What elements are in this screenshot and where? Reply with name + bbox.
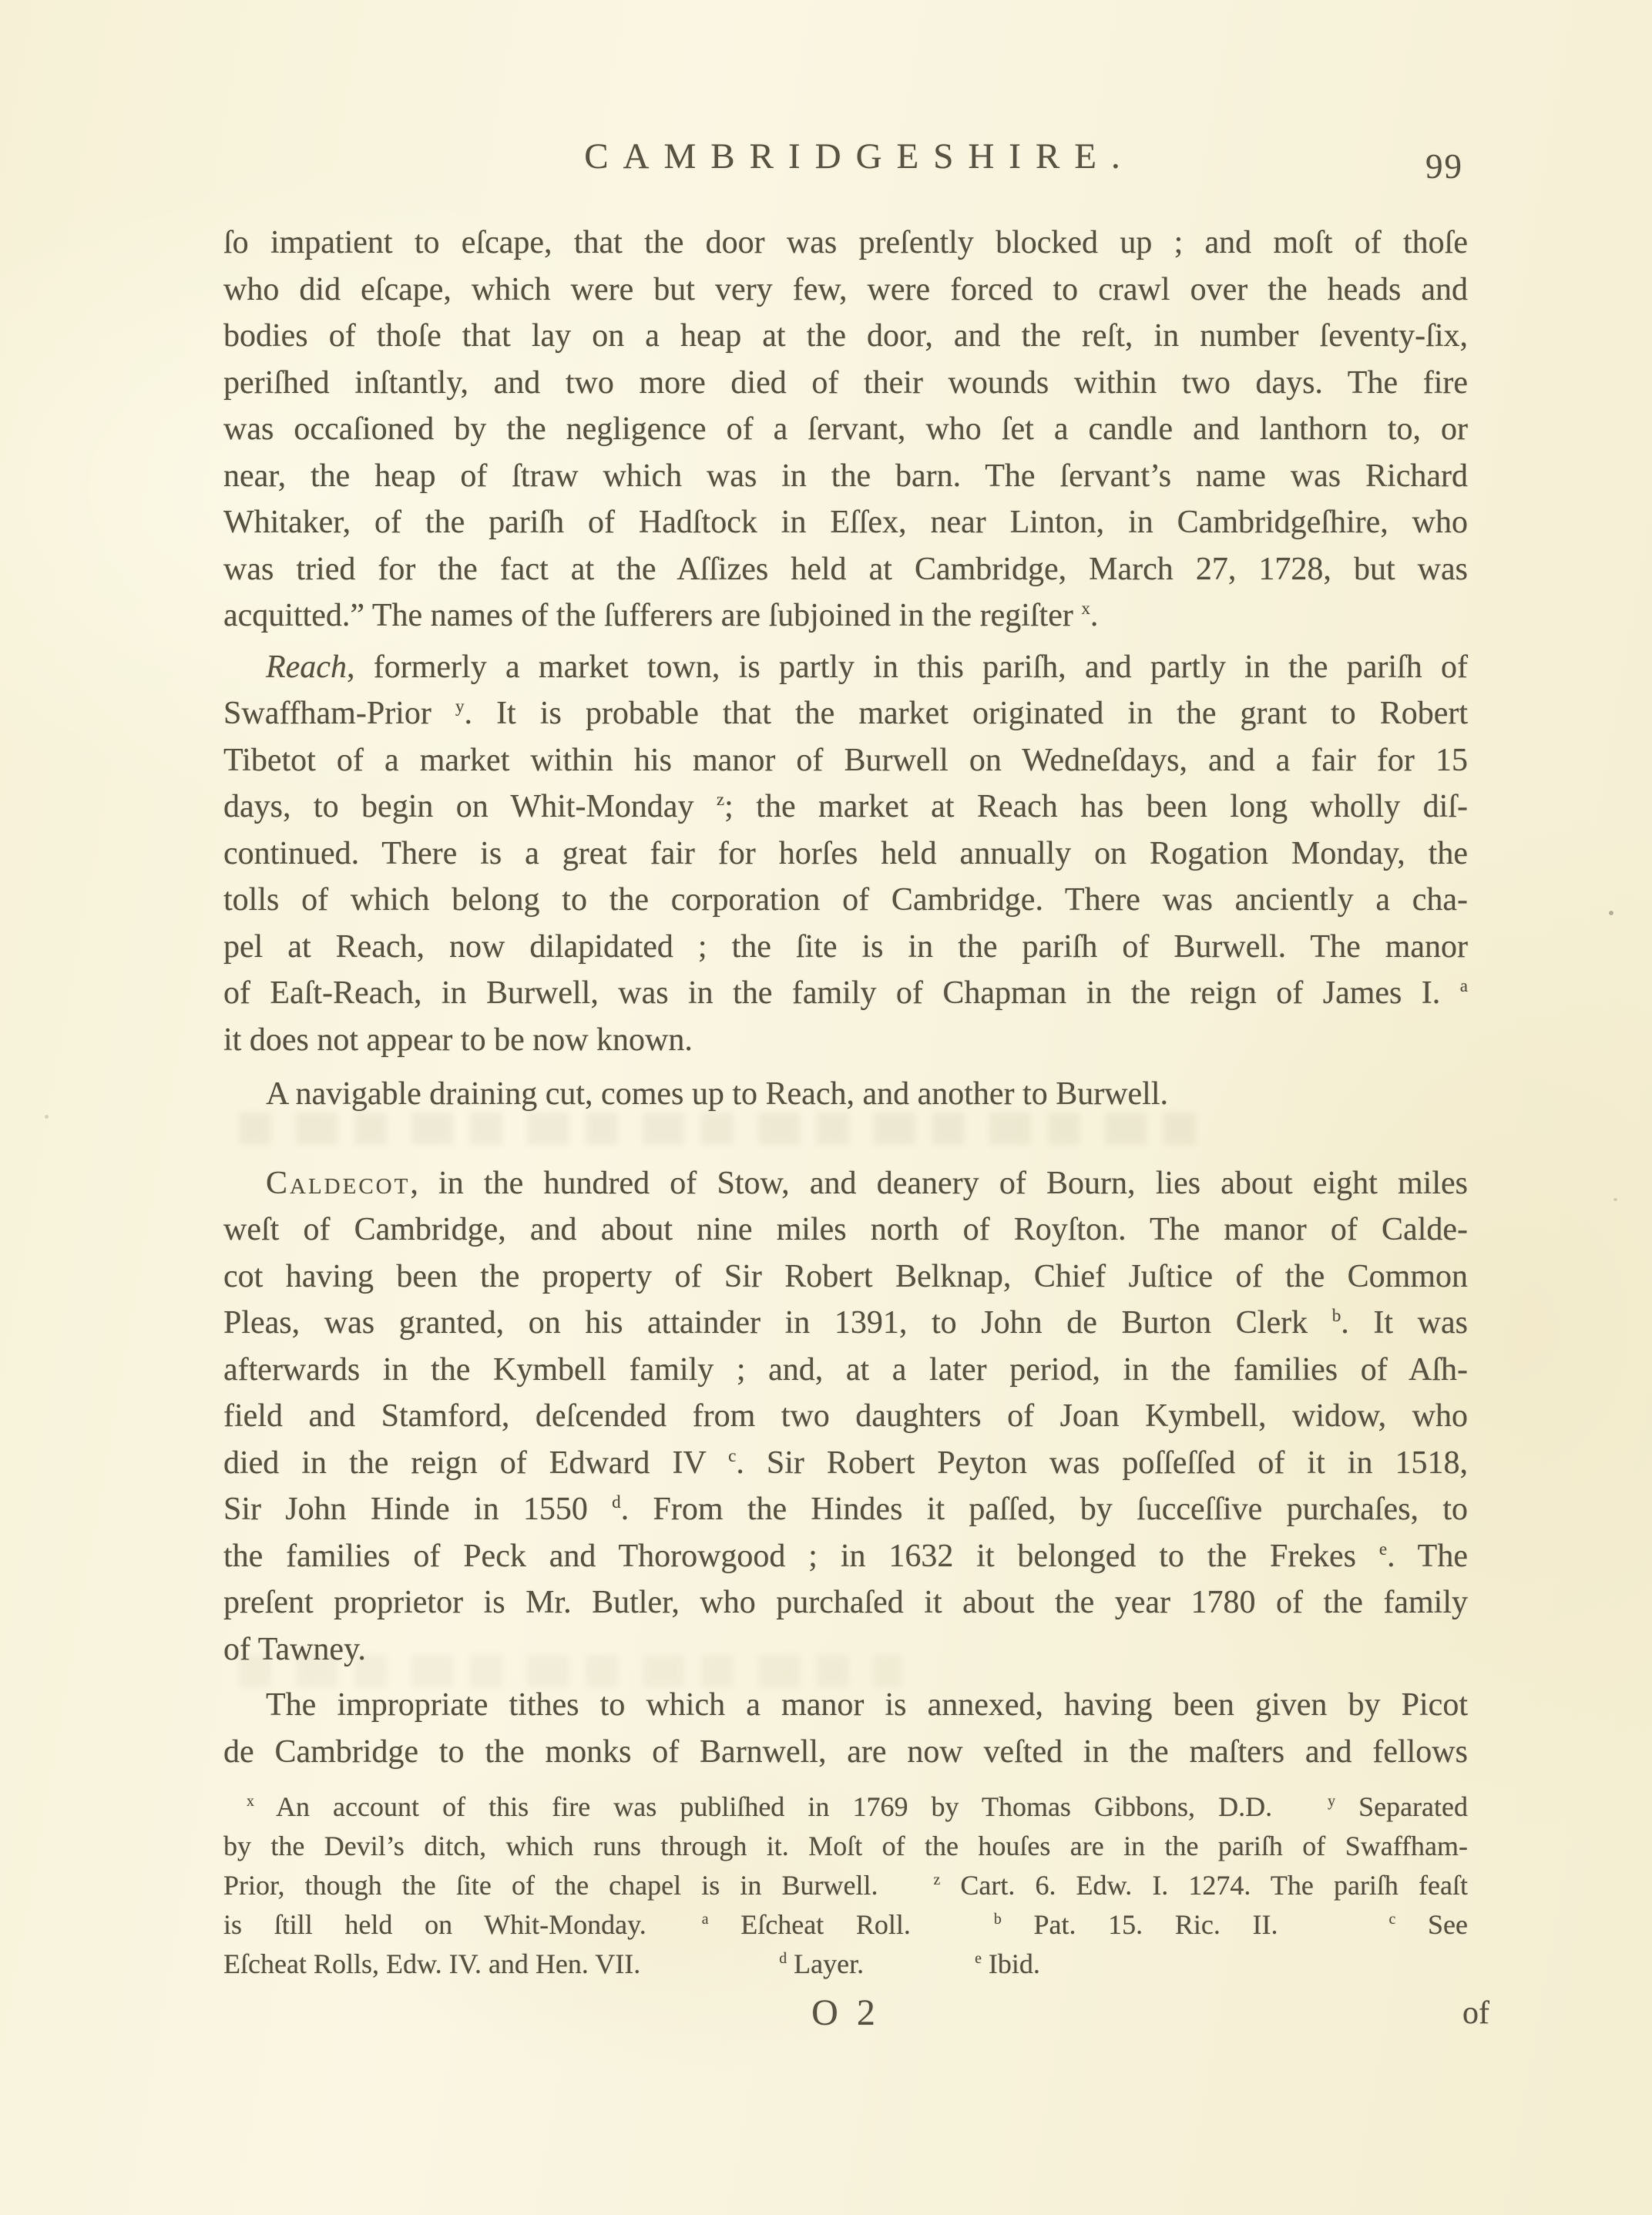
text-line: A navigable draining cut, comes up to Re… <box>223 1071 1468 1118</box>
text-line: Swaffham-Prior y. It is probable that th… <box>223 690 1468 737</box>
footnote-line: x An account of this fire was publiſhed … <box>223 1787 1468 1827</box>
text-line: bodies of thoſe that lay on a heap at th… <box>223 313 1468 360</box>
footnote-line: Eſcheat Rolls, Edw. IV. and Hen. VII. d … <box>223 1945 1468 1984</box>
text-line: was occaſioned by the negligence of a ſe… <box>223 406 1468 453</box>
text-line: Caldecot, in the hundred of Stow, and de… <box>223 1160 1468 1207</box>
text-line: days, to begin on Whit-Monday z; the mar… <box>223 784 1468 831</box>
text-line: ſo impatient to eſcape, that the door wa… <box>223 220 1468 267</box>
paper-speck <box>45 1115 49 1119</box>
text-line: periſhed inſtantly, and two more died of… <box>223 360 1468 407</box>
text-line: The impropriate tithes to which a manor … <box>223 1682 1468 1729</box>
text-line: Reach, formerly a market town, is partly… <box>223 644 1468 691</box>
page-number: 99 <box>1425 146 1463 186</box>
text-line: Pleas, was granted, on his attainder in … <box>223 1300 1468 1347</box>
running-header: CAMBRIDGESHIRE. 99 <box>223 136 1468 190</box>
text-line: Sir John Hinde in 1550 d. From the Hinde… <box>223 1486 1468 1533</box>
footnote-line: is ſtill held on Whit-Monday. a Eſcheat … <box>223 1905 1468 1945</box>
text-line: acquitted.” The names of the ſufferers a… <box>223 592 1468 639</box>
paragraph: ſo impatient to eſcape, that the door wa… <box>223 220 1468 639</box>
footnotes: x An account of this fire was publiſhed … <box>223 1787 1468 1984</box>
signature-mark: O 2 <box>223 1992 1468 2034</box>
text-line: preſent proprietor is Mr. Butler, who pu… <box>223 1579 1468 1626</box>
footnote-line: by the Devil’s ditch, which runs through… <box>223 1827 1468 1866</box>
text-line: was tried for the fact at the Aſſizes he… <box>223 546 1468 593</box>
text-line: the families of Peck and Thorowgood ; in… <box>223 1533 1468 1580</box>
paper-speck <box>1609 911 1613 915</box>
text-line: weſt of Cambridge, and about nine miles … <box>223 1207 1468 1253</box>
text-line: afterwards in the Kymbell family ; and, … <box>223 1347 1468 1394</box>
text-line: pel at Reach, now dilapidated ; the ſite… <box>223 924 1468 971</box>
text-line: of Eaſt-Reach, in Burwell, was in the fa… <box>223 970 1468 1017</box>
paragraph: Caldecot, in the hundred of Stow, and de… <box>223 1160 1468 1673</box>
text-line: field and Stamford, deſcended from two d… <box>223 1393 1468 1440</box>
text-line: Whitaker, of the pariſh of Hadſtock in E… <box>223 499 1468 546</box>
paragraph: A navigable draining cut, comes up to Re… <box>223 1071 1468 1118</box>
paragraph: The impropriate tithes to which a manor … <box>223 1682 1468 1775</box>
text-line: Tibetot of a market within his manor of … <box>223 737 1468 784</box>
text-line: who did eſcape, which were but very few,… <box>223 267 1468 314</box>
body-text: ſo impatient to eſcape, that the door wa… <box>223 220 1468 1984</box>
text-line: continued. There is a great fair for hor… <box>223 831 1468 878</box>
footnote-line: Prior, though the ſite of the chapel is … <box>223 1866 1468 1905</box>
text-line: near, the heap of ſtraw which was in the… <box>223 453 1468 500</box>
text-line: of Tawney. <box>223 1626 1468 1673</box>
text-line: de Cambridge to the monks of Barnwell, a… <box>223 1729 1468 1776</box>
text-line: died in the reign of Edward IV c. Sir Ro… <box>223 1440 1468 1487</box>
catchword: of <box>1462 1995 1489 2032</box>
text-line: it does not appear to be now known. <box>223 1017 1468 1064</box>
signature-row: O 2 of <box>223 1992 1468 2046</box>
paragraph: Reach, formerly a market town, is partly… <box>223 644 1468 1064</box>
text-line: cot having been the property of Sir Robe… <box>223 1253 1468 1300</box>
book-page-scan: CAMBRIDGESHIRE. 99 ſo impatient to eſcap… <box>0 0 1652 2215</box>
paper-speck <box>1613 1198 1617 1201</box>
text-line: tolls of which belong to the corporation… <box>223 877 1468 924</box>
page-title: CAMBRIDGESHIRE. <box>237 136 1482 177</box>
